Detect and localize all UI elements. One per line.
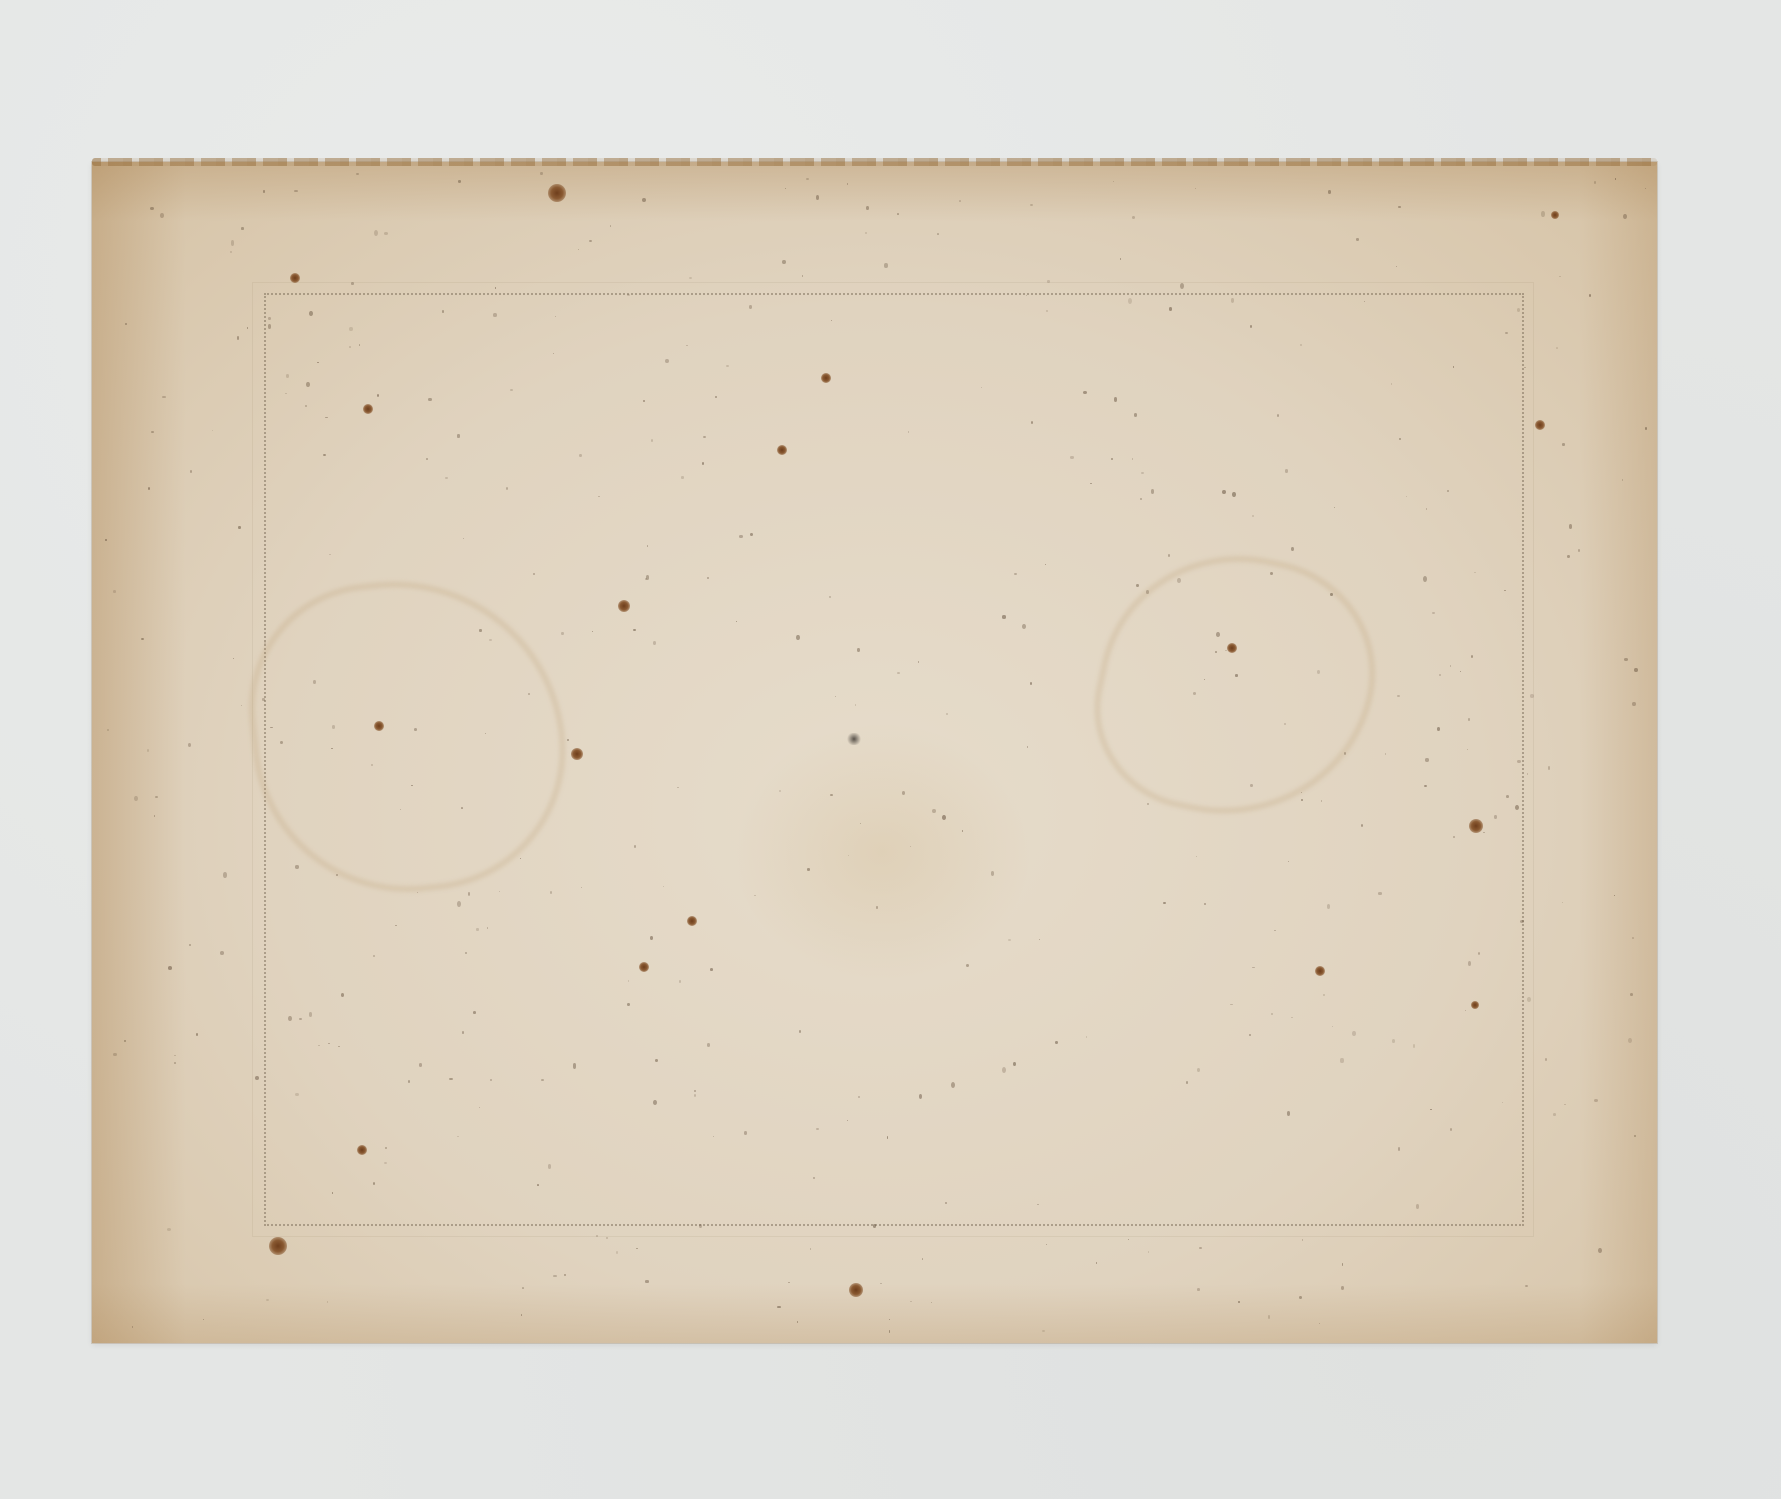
- paper-speck: [1141, 472, 1143, 474]
- paper-speck: [465, 952, 466, 954]
- paper-speck: [1277, 414, 1279, 417]
- paper-speck: [309, 1012, 312, 1016]
- paper-speck: [1468, 961, 1471, 966]
- paper-speck: [167, 1228, 171, 1231]
- paper-speck: [1046, 310, 1048, 312]
- foxing-spot: [269, 1237, 287, 1255]
- paper-speck: [1340, 1058, 1343, 1062]
- paper-speck: [147, 749, 149, 752]
- paper-speck: [263, 190, 265, 192]
- paper-speck: [1317, 670, 1320, 674]
- paper-speck: [1545, 1058, 1547, 1061]
- paper-speck: [1517, 760, 1520, 763]
- paper-speck: [231, 240, 235, 246]
- paper-speck: [873, 1224, 876, 1227]
- paper-speck: [1527, 773, 1528, 774]
- paper-speck: [1483, 832, 1484, 833]
- center-discoloration: [732, 722, 1032, 982]
- paper-speck: [1284, 723, 1287, 725]
- paper-speck: [1645, 427, 1647, 429]
- paper-speck: [643, 400, 645, 402]
- paper-speck: [1169, 307, 1172, 311]
- paper-speck: [847, 1120, 849, 1121]
- paper-speck: [155, 796, 158, 798]
- paper-speck: [1039, 939, 1040, 940]
- paper-speck: [533, 573, 535, 575]
- paper-speck: [458, 180, 461, 182]
- paper-speck: [636, 1248, 637, 1249]
- paper-speck: [295, 1093, 299, 1096]
- paper-speck: [124, 1040, 126, 1042]
- foxing-spot: [821, 373, 831, 383]
- paper-speck: [1615, 178, 1616, 180]
- paper-speck: [932, 809, 936, 813]
- paper-speck: [351, 282, 354, 285]
- paper-speck: [1270, 572, 1273, 575]
- paper-speck: [1594, 181, 1596, 184]
- paper-speck: [1423, 576, 1427, 582]
- paper-speck: [162, 396, 165, 398]
- paper-speck: [1285, 469, 1288, 472]
- paper-speck: [1250, 325, 1252, 327]
- paper-speck: [1424, 785, 1427, 787]
- paper-speck: [105, 539, 107, 542]
- paper-speck: [699, 1224, 702, 1229]
- paper-speck: [653, 641, 656, 645]
- paper-speck: [1361, 824, 1363, 827]
- paper-speck: [1008, 939, 1010, 941]
- paper-speck: [371, 764, 373, 765]
- paper-speck: [1288, 861, 1289, 862]
- paper-speck: [663, 886, 664, 887]
- paper-speck: [1506, 795, 1510, 798]
- foxing-spot: [687, 916, 697, 926]
- paper-speck: [694, 1094, 696, 1097]
- foxing-spot: [374, 721, 384, 731]
- paper-speck: [306, 382, 309, 387]
- paper-speck: [1027, 746, 1028, 747]
- paper-speck: [653, 1100, 657, 1105]
- foxing-spot: [849, 1283, 863, 1297]
- foxing-spot: [1535, 420, 1545, 430]
- paper-speck: [650, 936, 653, 940]
- paper-speck: [457, 901, 461, 907]
- paper-speck: [1030, 682, 1032, 684]
- foxing-spot: [1471, 1001, 1479, 1009]
- paper-speck: [579, 454, 582, 457]
- foxing-spot: [1469, 819, 1483, 833]
- paper-speck: [223, 872, 227, 877]
- foxing-spot: [548, 184, 566, 202]
- paper-speck: [1132, 216, 1135, 219]
- paper-speck: [268, 317, 270, 320]
- paper-speck: [442, 310, 444, 313]
- paper-speck: [702, 462, 704, 465]
- paper-speck: [1231, 298, 1234, 303]
- paper-speck: [113, 1053, 117, 1057]
- paper-speck: [107, 729, 109, 731]
- paper-speck: [897, 672, 900, 674]
- paper-speck: [715, 396, 717, 397]
- paper-speck: [806, 178, 809, 180]
- paper-speck: [1628, 1038, 1632, 1043]
- paper-speck: [645, 1280, 648, 1282]
- paper-speck: [1327, 904, 1330, 909]
- paper-speck: [679, 980, 681, 982]
- paper-speck: [1031, 421, 1033, 424]
- paper-speck: [1624, 658, 1627, 661]
- paper-speck: [959, 200, 961, 202]
- paper-speck: [937, 233, 939, 235]
- torn-top-edge: [92, 158, 1657, 166]
- paper-speck: [1622, 479, 1623, 481]
- paper-speck: [779, 790, 781, 792]
- paper-speck: [341, 993, 344, 997]
- paper-speck: [377, 394, 379, 397]
- paper-speck: [1330, 593, 1332, 596]
- paper-speck: [134, 796, 137, 801]
- foxing-spot: [1315, 966, 1325, 976]
- paper-speck: [1323, 994, 1325, 996]
- paper-speck: [1249, 1034, 1251, 1035]
- paper-speck: [1598, 1248, 1602, 1253]
- paper-speck: [1235, 674, 1238, 677]
- paper-speck: [241, 227, 243, 230]
- paper-speck: [1578, 549, 1580, 552]
- paper-speck: [1070, 456, 1074, 458]
- paper-speck: [1147, 803, 1149, 804]
- paper-speck: [174, 1055, 176, 1056]
- foxing-spot: [618, 600, 630, 612]
- paper-speck: [642, 198, 646, 202]
- foxing-spot: [357, 1145, 367, 1155]
- paper-speck: [384, 232, 388, 235]
- paper-speck: [264, 642, 266, 644]
- paper-speck: [1468, 718, 1470, 720]
- paper-speck: [462, 1031, 464, 1034]
- paper-speck: [1467, 749, 1468, 750]
- paper-speck: [294, 190, 297, 192]
- paper-speck: [796, 635, 799, 640]
- paper-speck: [788, 1282, 790, 1284]
- paper-speck: [285, 393, 287, 394]
- paper-speck: [1204, 903, 1206, 905]
- paper-speck: [1300, 344, 1302, 346]
- paper-speck: [268, 324, 271, 328]
- paper-speck: [589, 240, 592, 242]
- paper-speck: [1196, 856, 1197, 857]
- paper-speck: [564, 1274, 567, 1276]
- paper-speck: [1274, 930, 1275, 931]
- paper-speck: [931, 1302, 932, 1303]
- paper-speck: [493, 313, 496, 317]
- paper-speck: [897, 213, 899, 215]
- paper-speck: [1047, 280, 1049, 283]
- paper-speck: [634, 845, 636, 848]
- paper-speck: [237, 336, 239, 339]
- paper-speck: [113, 590, 116, 593]
- paper-speck: [884, 263, 888, 267]
- paper-speck: [233, 658, 234, 659]
- paper-speck: [280, 741, 283, 744]
- paper-speck: [262, 698, 265, 700]
- paper-speck: [1356, 238, 1359, 240]
- paper-speck: [1022, 624, 1026, 629]
- paper-speck: [1352, 1031, 1356, 1037]
- paper-speck: [299, 1018, 303, 1020]
- paper-speck: [1416, 1204, 1419, 1209]
- paper-speck: [1450, 665, 1451, 667]
- paper-speck: [726, 365, 728, 367]
- paper-speck: [942, 815, 946, 820]
- paper-speck: [610, 225, 611, 227]
- paper-speck: [1120, 258, 1121, 259]
- paper-speck: [1425, 758, 1428, 761]
- foxing-spot: [777, 445, 787, 455]
- paper-speck: [1632, 937, 1633, 939]
- paper-speck: [628, 980, 629, 982]
- paper-speck: [561, 632, 563, 635]
- paper-speck: [132, 1326, 133, 1328]
- paper-speck: [408, 1080, 410, 1083]
- foxing-spot: [639, 962, 649, 972]
- paper-speck: [581, 887, 582, 888]
- paper-speck: [1186, 1081, 1188, 1084]
- paper-speck: [1453, 366, 1454, 367]
- paper-speck: [1151, 489, 1154, 494]
- paper-speck: [855, 704, 856, 705]
- paper-speck: [703, 436, 706, 438]
- paper-speck: [1199, 1247, 1201, 1249]
- paper-speck: [230, 251, 232, 252]
- paper-speck: [1396, 266, 1397, 267]
- paper-speck: [168, 966, 172, 970]
- paper-speck: [739, 535, 742, 539]
- paper-speck: [596, 1235, 598, 1236]
- paper-speck: [962, 830, 963, 831]
- paper-speck: [1391, 383, 1393, 385]
- paper-speck: [1430, 1109, 1431, 1110]
- foxing-spot: [290, 273, 300, 283]
- paper-speck: [332, 725, 335, 728]
- paper-speck: [540, 172, 542, 175]
- paper-speck: [1232, 492, 1236, 497]
- paper-speck: [707, 577, 709, 579]
- paper-speck: [1002, 615, 1006, 618]
- paper-speck: [1517, 308, 1520, 312]
- paper-speck: [373, 955, 375, 958]
- paper-speck: [555, 316, 556, 317]
- paper-speck: [220, 951, 224, 955]
- paper-speck: [309, 311, 313, 316]
- paper-speck: [835, 696, 836, 697]
- paper-speck: [426, 458, 428, 460]
- paper-speck: [411, 785, 413, 786]
- paper-speck: [857, 648, 859, 652]
- paper-speck: [627, 1003, 630, 1006]
- paper-speck: [1114, 397, 1117, 401]
- paper-speck: [1556, 347, 1558, 349]
- paper-speck: [1494, 815, 1497, 818]
- paper-speck: [332, 1192, 333, 1194]
- paper-speck: [633, 629, 636, 632]
- paper-speck: [479, 629, 481, 632]
- paper-speck: [1014, 573, 1017, 575]
- paper-speck: [349, 346, 351, 348]
- paper-speck: [777, 1306, 781, 1308]
- paper-speck: [449, 1078, 452, 1080]
- paper-speck: [160, 213, 164, 217]
- paper-speck: [141, 638, 144, 640]
- paper-speck: [1541, 211, 1544, 217]
- paper-speck: [1238, 1301, 1240, 1303]
- paper-speck: [473, 1011, 476, 1014]
- paper-speck: [736, 621, 738, 622]
- paper-speck: [606, 1237, 607, 1238]
- paper-speck: [338, 1046, 339, 1047]
- paper-speck: [829, 596, 831, 598]
- paper-speck: [831, 320, 832, 321]
- paper-speck: [1042, 1330, 1045, 1332]
- paper-speck: [489, 639, 492, 641]
- paper-speck: [813, 1177, 814, 1178]
- paper-speck: [1113, 181, 1114, 182]
- foxing-spot: [1227, 643, 1237, 653]
- paper-speck: [866, 206, 869, 210]
- paper-speck: [295, 865, 298, 868]
- paper-speck: [318, 1045, 320, 1046]
- paper-speck: [457, 434, 459, 437]
- paper-speck: [951, 1082, 955, 1088]
- paper-speck: [876, 906, 877, 908]
- paper-speck: [125, 323, 127, 325]
- paper-speck: [506, 487, 508, 490]
- foxing-spot: [363, 404, 373, 414]
- paper-speck: [1193, 692, 1196, 695]
- paper-speck: [567, 739, 569, 740]
- paper-speck: [1328, 190, 1331, 193]
- paper-speck: [196, 1033, 198, 1036]
- paper-speck: [317, 362, 318, 363]
- paper-speck: [190, 470, 192, 473]
- paper-speck: [1216, 632, 1220, 637]
- ink-smudge: [846, 733, 862, 745]
- paper-speck: [1553, 1113, 1556, 1116]
- paper-speck: [1632, 702, 1636, 706]
- paper-speck: [744, 1131, 747, 1134]
- paper-speck: [495, 287, 496, 289]
- paper-speck: [1378, 892, 1382, 894]
- paper-speck: [428, 398, 431, 402]
- foxing-spot: [571, 748, 583, 760]
- foxing-spot: [1551, 211, 1559, 219]
- paper-speck: [1180, 283, 1184, 289]
- paper-speck: [1055, 1041, 1058, 1044]
